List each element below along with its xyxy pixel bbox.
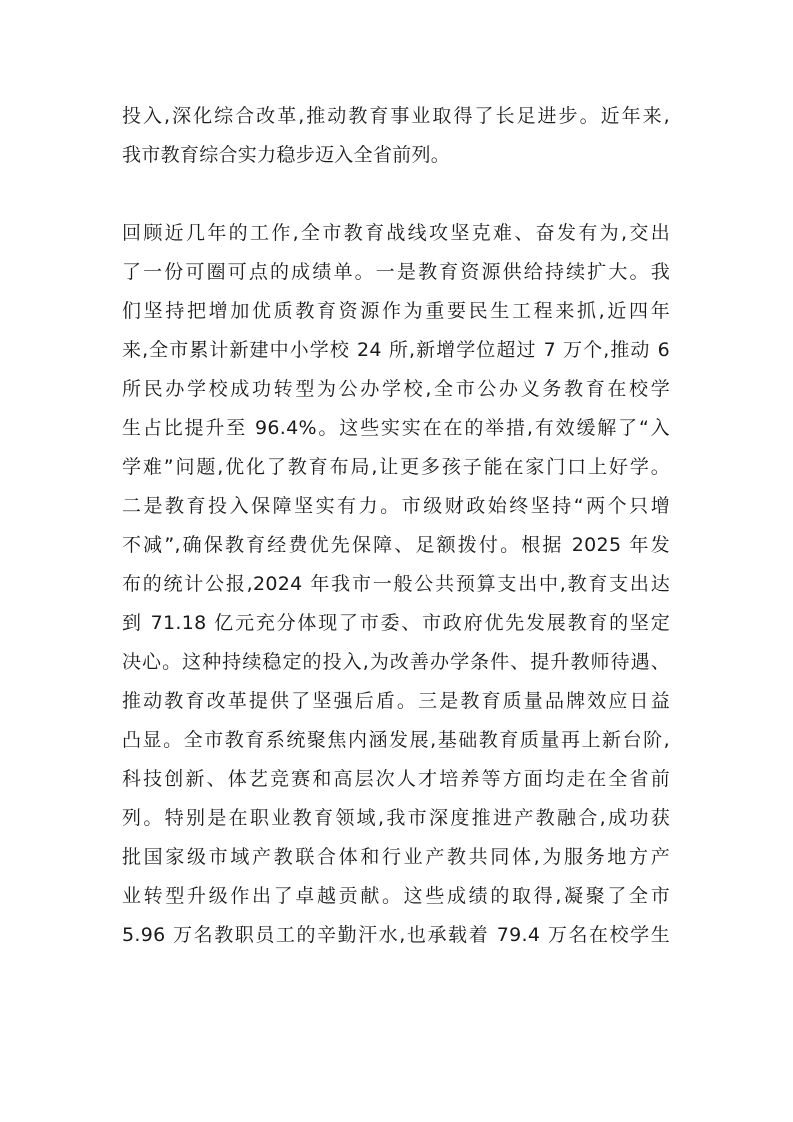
text-line: 5.96 万名教职员工的辛勤汗水,也承载着 79.4 万名在校学生 [122,916,670,955]
text-line: 推动教育改革提供了坚强后盾。三是教育质量品牌效应日益 [122,682,670,721]
text-line: 布的统计公报,2024 年我市一般公共预算支出中,教育支出达 [122,565,670,604]
text-line: 学难”问题,优化了教育布局,让更多孩子能在家门口上好学。 [122,448,670,487]
paragraph-intro: 投入,深化综合改革,推动教育事业取得了长足进步。近年来, 我市教育综合实力稳步迈… [122,97,670,175]
text-line: 决心。这种持续稳定的投入,为改善办学条件、提升教师待遇、 [122,643,670,682]
text-line: 不减”,确保教育经费优先保障、足额拨付。根据 2025 年发 [122,526,670,565]
text-line: 科技创新、体艺竞赛和高层次人才培养等方面均走在全省前 [122,760,670,799]
text-line: 我市教育综合实力稳步迈入全省前列。 [122,136,670,175]
text-line: 凸显。全市教育系统聚焦内涵发展,基础教育质量再上新台阶, [122,721,670,760]
text-line: 批国家级市域产教联合体和行业产教共同体,为服务地方产 [122,838,670,877]
paragraph-review: 回顾近几年的工作,全市教育战线攻坚克难、奋发有为,交出 了一份可圈可点的成绩单。… [122,214,670,955]
text-line: 回顾近几年的工作,全市教育战线攻坚克难、奋发有为,交出 [122,214,670,253]
text-line: 们坚持把增加优质教育资源作为重要民生工程来抓,近四年 [122,292,670,331]
text-line: 生占比提升至 96.4%。这些实实在在的举措,有效缓解了“入 [122,409,670,448]
text-line: 到 71.18 亿元充分体现了市委、市政府优先发展教育的坚定 [122,604,670,643]
document-page: 投入,深化综合改革,推动教育事业取得了长足进步。近年来, 我市教育综合实力稳步迈… [0,0,793,1122]
text-line: 列。特别是在职业教育领域,我市深度推进产教融合,成功获 [122,799,670,838]
text-line: 二是教育投入保障坚实有力。市级财政始终坚持“两个只增 [122,487,670,526]
text-line: 投入,深化综合改革,推动教育事业取得了长足进步。近年来, [122,97,670,136]
text-line: 业转型升级作出了卓越贡献。这些成绩的取得,凝聚了全市 [122,877,670,916]
text-line: 了一份可圈可点的成绩单。一是教育资源供给持续扩大。我 [122,253,670,292]
text-line: 所民办学校成功转型为公办学校,全市公办义务教育在校学 [122,370,670,409]
text-line: 来,全市累计新建中小学校 24 所,新增学位超过 7 万个,推动 6 [122,331,670,370]
